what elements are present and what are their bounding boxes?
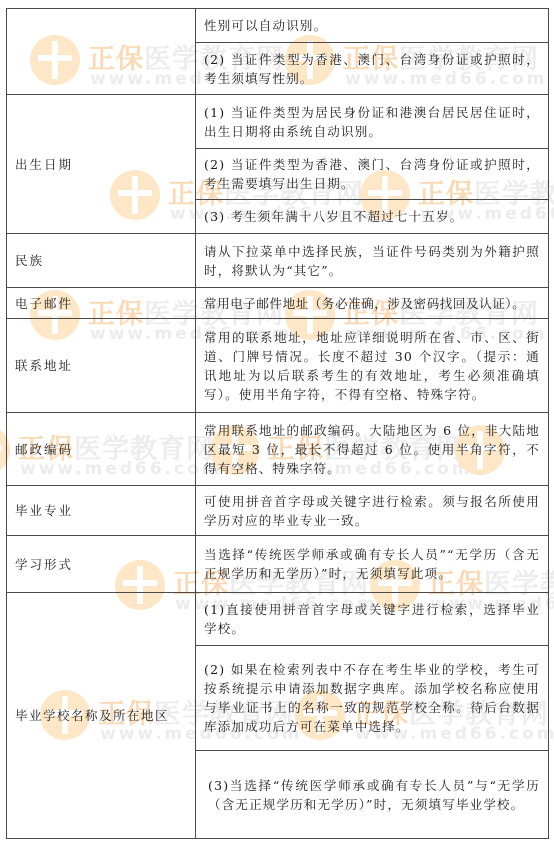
field-desc-item: 可使用拼音首字母或关键字进行检索。须与报名所使用学历对应的毕业专业一致。	[196, 486, 549, 536]
field-desc-item: (3) 考生须年满十八岁且不超过七十五岁。	[196, 200, 549, 234]
field-desc-item: (2) 如果在检索列表中不存在考生毕业的学校，考生可按系统提示申请添加数据字典库…	[196, 646, 549, 751]
field-desc-item: 当选择“传统医学师承或确有专长人员”“无学历（含无正规学历和无学历）”时，无须填…	[196, 536, 549, 593]
field-desc-item: (3)当选择“传统医学师承或确有专长人员”与“无学历（含无正规学历和无学历）”时…	[196, 751, 549, 839]
field-desc-item: 性别可以自动识别。	[196, 9, 549, 43]
table-row-school: 毕业学校名称及所在地区 (1)直接使用拼音首字母或关键字进行检索，选择毕业学校。	[7, 593, 549, 646]
field-label-major: 毕业专业	[7, 486, 196, 536]
field-label-study-form: 学习形式	[7, 536, 196, 593]
table-row-study-form: 学习形式 当选择“传统医学师承或确有专长人员”“无学历（含无正规学历和无学历）”…	[7, 536, 549, 593]
field-label-email: 电子邮件	[7, 288, 196, 319]
table-row-birthdate: 出生日期 (1) 当证件类型为居民身份证和港澳台居民居住证时，出生日期将由系统自…	[7, 95, 549, 149]
table-row-gender: 性别可以自动识别。	[7, 9, 549, 43]
field-desc-item: (1)直接使用拼音首字母或关键字进行检索，选择毕业学校。	[196, 593, 549, 646]
field-label-school: 毕业学校名称及所在地区	[7, 593, 196, 839]
field-desc-item: 常用的联系地址，地址应详细说明所在省、市、区、街道、门牌号情况。长度不超过 30…	[196, 319, 549, 413]
field-label-ethnicity: 民族	[7, 234, 196, 288]
field-label-postal-code: 邮政编码	[7, 413, 196, 486]
field-desc-item: (2) 当证件类型为香港、澳门、台湾身份证或护照时，考生须填写性别。	[196, 43, 549, 95]
field-desc-item: (2) 当证件类型为香港、澳门、台湾身份证或护照时，考生需要填写出生日期。	[196, 149, 549, 200]
field-desc-item: (1) 当证件类型为居民身份证和港澳台居民居住证时，出生日期将由系统自动识别。	[196, 95, 549, 149]
field-desc-item: 常用电子邮件地址（务必准确，涉及密码找回及认证）。	[196, 288, 549, 319]
table-row-postal-code: 邮政编码 常用联系地址的邮政编码。大陆地区为 6 位，非大陆地区最短 3 位，最…	[7, 413, 549, 486]
table-row-major: 毕业专业 可使用拼音首字母或关键字进行检索。须与报名所使用学历对应的毕业专业一致…	[7, 486, 549, 536]
field-desc-item: 请从下拉菜单中选择民族，当证件号码类别为外籍护照时，将默认为“其它”。	[196, 234, 549, 288]
table-row-email: 电子邮件 常用电子邮件地址（务必准确，涉及密码找回及认证）。	[7, 288, 549, 319]
field-label-birthdate: 出生日期	[7, 95, 196, 234]
table-row-address: 联系地址 常用的联系地址，地址应详细说明所在省、市、区、街道、门牌号情况。长度不…	[7, 319, 549, 413]
field-label-address: 联系地址	[7, 319, 196, 413]
table-row-ethnicity: 民族 请从下拉菜单中选择民族，当证件号码类别为外籍护照时，将默认为“其它”。	[7, 234, 549, 288]
field-desc-item: 常用联系地址的邮政编码。大陆地区为 6 位，非大陆地区最短 3 位，最长不得超过…	[196, 413, 549, 486]
field-label-gender	[7, 9, 196, 95]
registration-field-table: 性别可以自动识别。 (2) 当证件类型为香港、澳门、台湾身份证或护照时，考生须填…	[6, 8, 549, 839]
